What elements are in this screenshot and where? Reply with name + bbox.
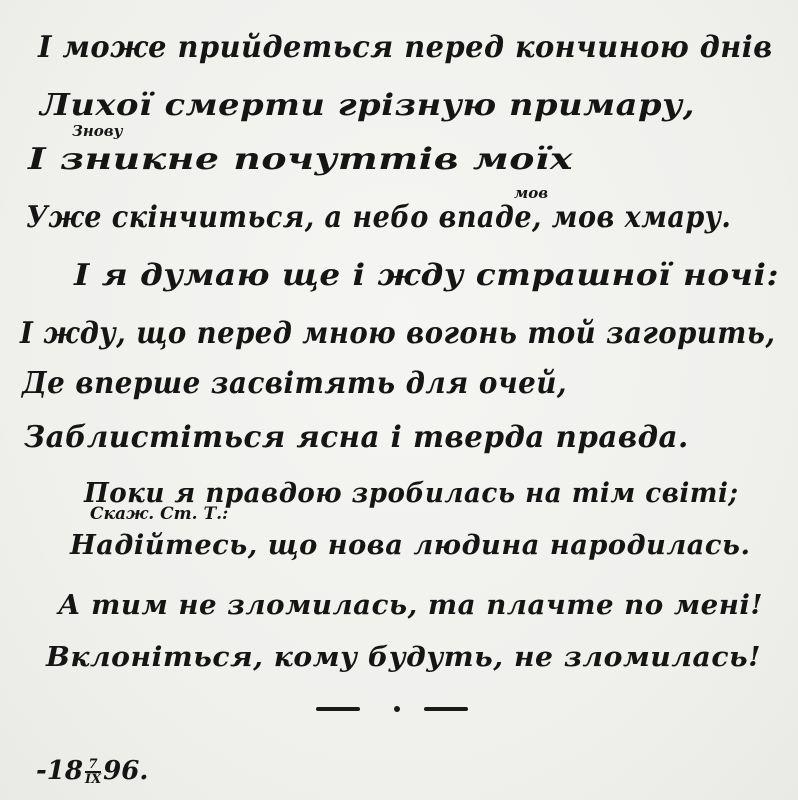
date-fraction: 7IX xyxy=(85,758,101,786)
manuscript-line-12: Вклоніться, кому будуть, не зломилась! xyxy=(46,642,761,673)
manuscript-line-11: А тим не зломилась, та плачте по мені! xyxy=(58,590,763,621)
manuscript-page: І може прийдеться перед кончиною днів Ли… xyxy=(0,0,798,800)
manuscript-line-3: І зникне почуттів моїх xyxy=(28,142,573,177)
manuscript-line-7: Де вперше засвітять для очей, xyxy=(22,366,567,401)
manuscript-line-1: І може прийдеться перед кончиною днів xyxy=(38,30,773,65)
date-year: 96. xyxy=(103,756,148,786)
divider-dash xyxy=(424,707,468,711)
manuscript-line-6: І жду, що перед мною вогонь той загорить… xyxy=(20,316,775,351)
manuscript-line-10: Надійтесь, що нова людина народилась. xyxy=(70,530,750,561)
manuscript-line-4: Уже скінчиться, а небо впаде, мов хмару. xyxy=(26,200,731,235)
divider-dot xyxy=(394,706,400,712)
date-month: IX xyxy=(85,771,101,786)
date-day: 7 xyxy=(85,758,101,771)
manuscript-date: -187IX96. xyxy=(36,756,148,786)
interlinear-note: Скаж. Ст. Т.: xyxy=(90,504,228,524)
manuscript-line-5: І я думаю ще і жду страшної ночі: xyxy=(74,258,779,293)
manuscript-line-2: Лихої смерти грізную примару, xyxy=(40,88,695,123)
interlinear-insertion-line-3: Знову xyxy=(72,122,123,140)
divider-dash xyxy=(316,707,360,711)
section-divider xyxy=(316,705,486,713)
manuscript-line-8: Заблистіться ясна і тверда правда. xyxy=(24,420,689,455)
date-prefix: -18 xyxy=(36,756,83,786)
